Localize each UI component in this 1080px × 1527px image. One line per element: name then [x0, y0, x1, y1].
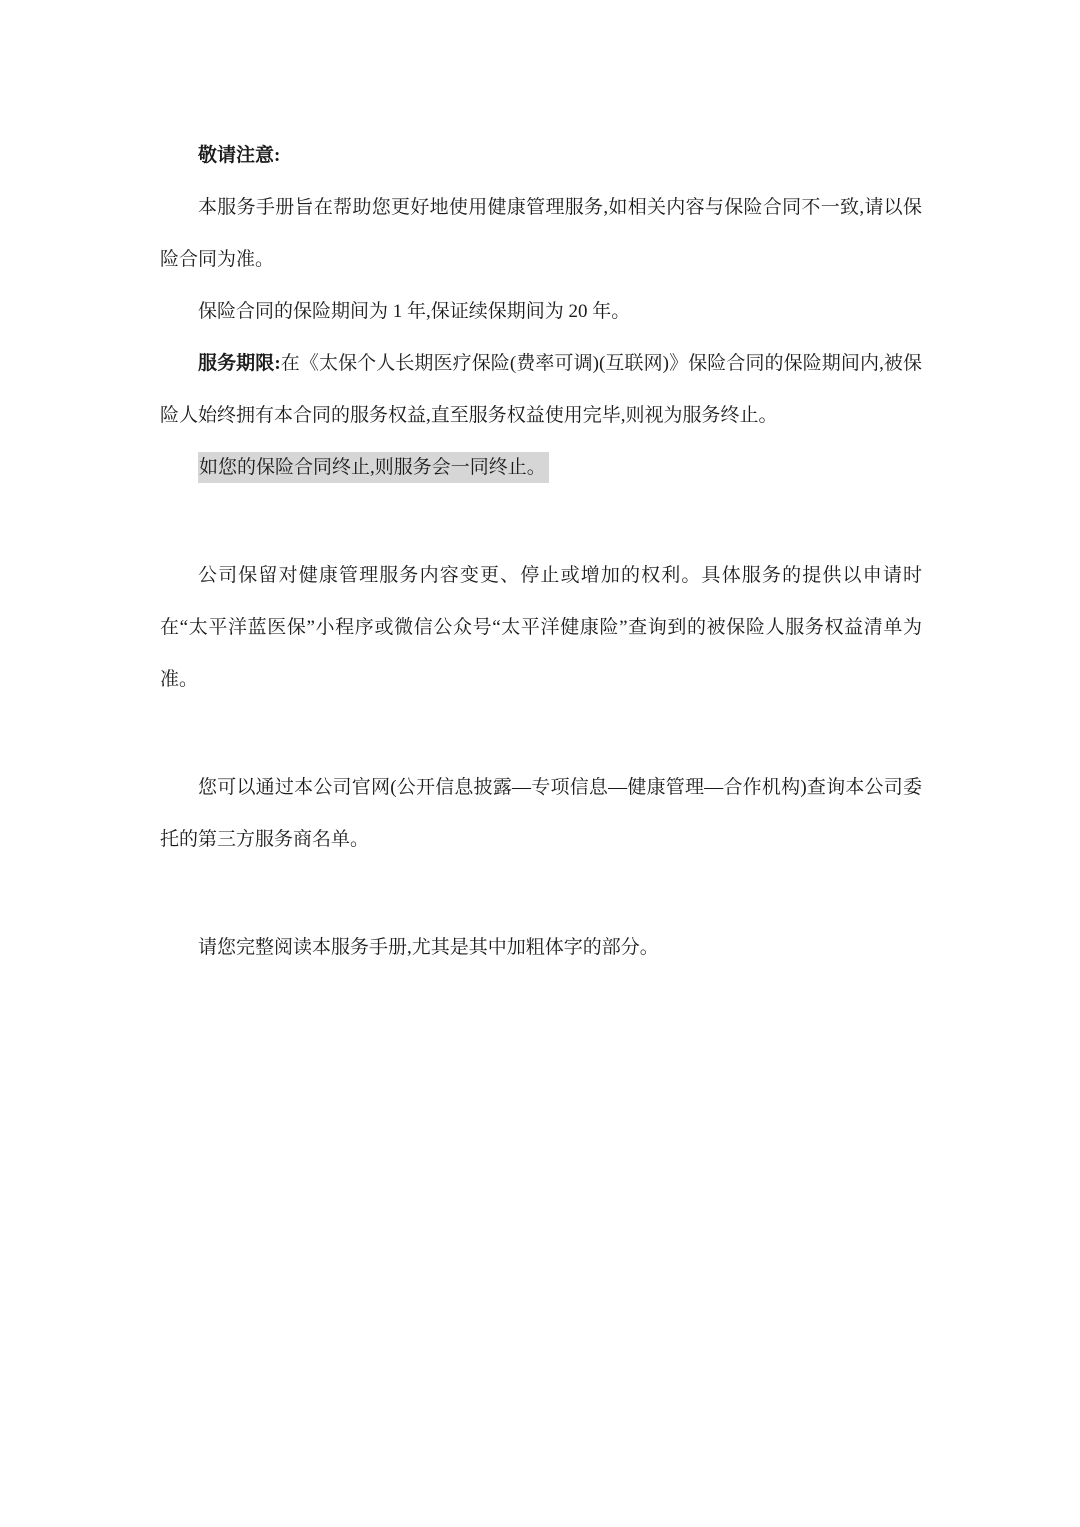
notice-heading: 敬请注意: [160, 130, 922, 182]
paragraph-third-party-lookup: 您可以通过本公司官网(公开信息披露—专项信息—健康管理—合作机构)查询本公司委托… [160, 762, 922, 866]
termination-highlight-text: 如您的保险合同终止,则服务会一同终止。 [198, 452, 549, 483]
document-page: 敬请注意: 本服务手册旨在帮助您更好地使用健康管理服务,如相关内容与保险合同不一… [0, 0, 1080, 1527]
service-period-label: 服务期限: [198, 353, 281, 374]
paragraph-insurance-period: 保险合同的保险期间为 1 年,保证续保期间为 20 年。 [160, 286, 922, 338]
paragraph-termination: 如您的保险合同终止,则服务会一同终止。 [160, 442, 922, 494]
paragraph-read-notice: 请您完整阅读本服务手册,尤其是其中加粗体字的部分。 [160, 922, 922, 974]
paragraph-service-period: 服务期限:在《太保个人长期医疗保险(费率可调)(互联网)》保险合同的保险期间内,… [160, 338, 922, 442]
paragraph-service-change: 公司保留对健康管理服务内容变更、停止或增加的权利。具体服务的提供以申请时在“太平… [160, 550, 922, 706]
paragraph-intro: 本服务手册旨在帮助您更好地使用健康管理服务,如相关内容与保险合同不一致,请以保险… [160, 182, 922, 286]
